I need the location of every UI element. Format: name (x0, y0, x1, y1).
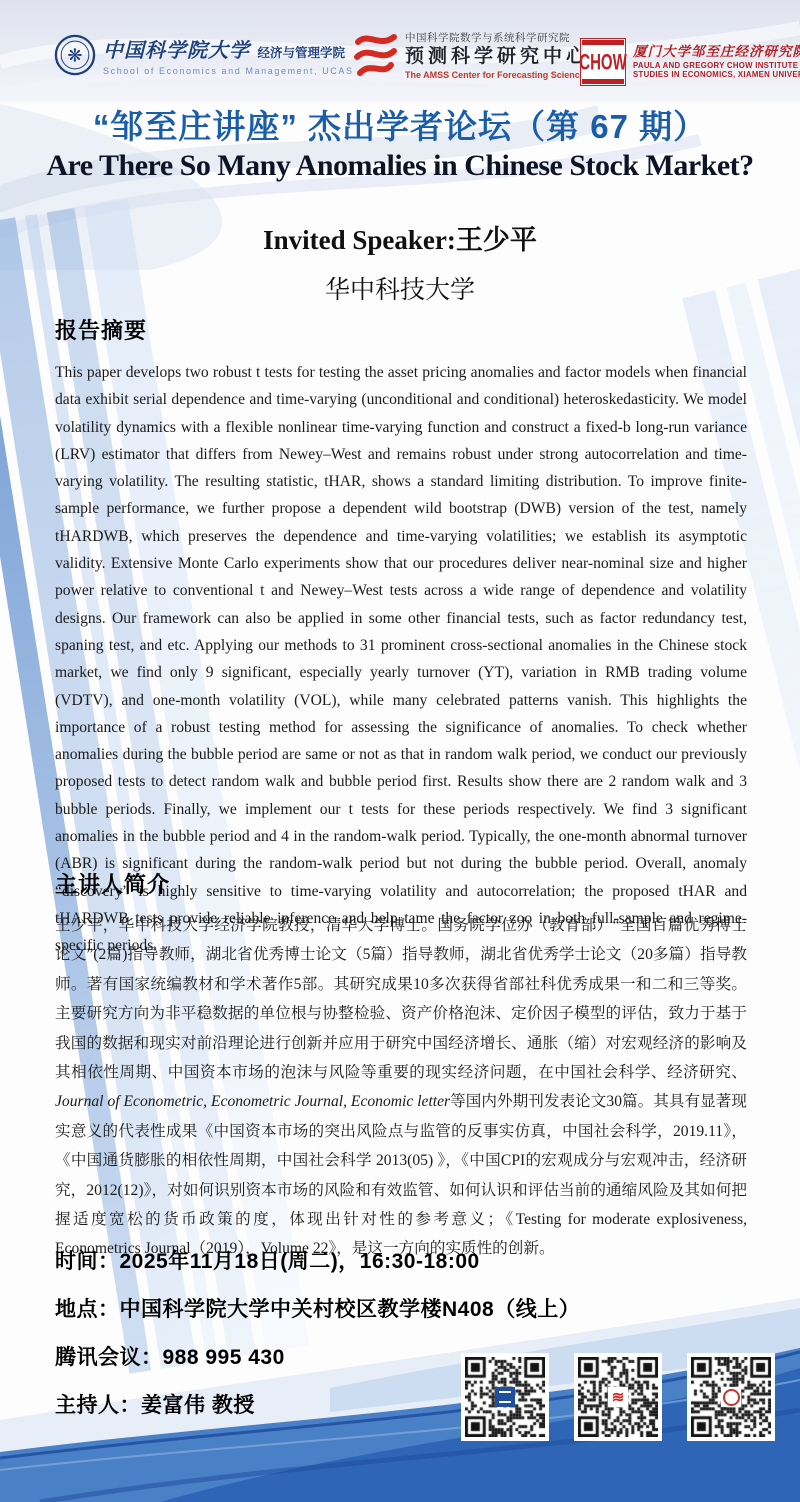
qr-code-row: ≋ (461, 1353, 775, 1441)
abstract-section: 报告摘要 This paper develops two robust t te… (55, 314, 747, 960)
chow-name-cn: 厦门大学邹至庄经济研究院 (633, 44, 800, 61)
amss-logo-group: 中国科学院数学与系统科学研究院 预测科学研究中心 The AMSS Center… (352, 30, 609, 82)
qr-code-ucas (461, 1353, 549, 1441)
amss-org-cn: 中国科学院数学与系统科学研究院 (405, 32, 609, 44)
ucas-name-en: School of Economics and Management, UCAS (103, 66, 354, 76)
amss-center-en: The AMSS Center for Forecasting Science,… (405, 70, 609, 80)
bio-heading: 主讲人简介 (55, 868, 747, 899)
svg-text:❋: ❋ (67, 46, 82, 66)
qr-code-chow-institute (687, 1353, 775, 1441)
chow-logo-group: CHOW 厦门大学邹至庄经济研究院 PAULA AND GREGORY CHOW… (580, 38, 800, 86)
bio-text: 王少平，华中科技大学经济学院教授，清华大学博士。国务院学位办（教育部）“全国百篇… (55, 911, 747, 1264)
talk-title-en: Are There So Many Anomalies in Chinese S… (0, 149, 800, 183)
ucas-emblem-icon: ❋ (54, 34, 96, 76)
chow-mark-icon: CHOW (580, 38, 626, 86)
amss-mark-icon (352, 30, 398, 82)
invited-speaker-line: Invited Speaker:王少平 (0, 218, 800, 257)
qr-center-logo-red-icon: ≋ (608, 1387, 628, 1407)
amss-center-cn: 预测科学研究中心 (405, 46, 609, 68)
header-logo-row: ❋ 中国科学院大学 经济与管理学院 School of Economics an… (0, 26, 800, 98)
bio-text-part1: 王少平，华中科技大学经济学院教授，清华大学博士。国务院学位办（教育部）“全国百篇… (55, 917, 747, 1081)
qr-center-logo-blue-icon (495, 1387, 515, 1407)
bio-journal-names: Journal of Econometric, Econometric Jour… (55, 1093, 450, 1110)
bio-text-part2: 等国内外期刊发表论文30篇。其具有显著现实意义的代表性成果《中国资本市场的突出风… (55, 1093, 747, 1257)
abstract-heading: 报告摘要 (55, 314, 747, 345)
forum-title-cn: “邹至庄讲座” 杰出学者论坛（第 67 期） (0, 101, 800, 148)
speaker-block: Invited Speaker:王少平 华中科技大学 (0, 218, 800, 306)
ucas-dept-cn: 经济与管理学院 (257, 46, 345, 60)
event-time: 时间：2025年11月18日(周二)，16:30-18:00 (55, 1238, 580, 1286)
ucas-logo-group: ❋ 中国科学院大学 经济与管理学院 School of Economics an… (54, 34, 354, 76)
ucas-logo-text: 中国科学院大学 经济与管理学院 School of Economics and … (103, 34, 354, 76)
event-location: 地点：中国科学院大学中关村校区教学楼N408（线上） (55, 1286, 580, 1334)
speaker-affiliation: 华中科技大学 (0, 270, 800, 306)
chow-logo-text: 厦门大学邹至庄经济研究院 PAULA AND GREGORY CHOW INST… (633, 44, 800, 80)
ucas-name-cn: 中国科学院大学 (103, 40, 250, 62)
chow-mark-word: CHOW (579, 49, 627, 75)
qr-code-forecasting-center: ≋ (574, 1353, 662, 1441)
amss-logo-text: 中国科学院数学与系统科学研究院 预测科学研究中心 The AMSS Center… (405, 32, 609, 80)
bio-section: 主讲人简介 王少平，华中科技大学经济学院教授，清华大学博士。国务院学位办（教育部… (55, 868, 747, 1264)
chow-name-en-1: PAULA AND GREGORY CHOW INSTITUTE FOR (633, 61, 800, 71)
chow-name-en-2: STUDIES IN ECONOMICS, XIAMEN UNIVERSITY (633, 70, 800, 80)
qr-center-logo-seal-icon (721, 1387, 741, 1407)
